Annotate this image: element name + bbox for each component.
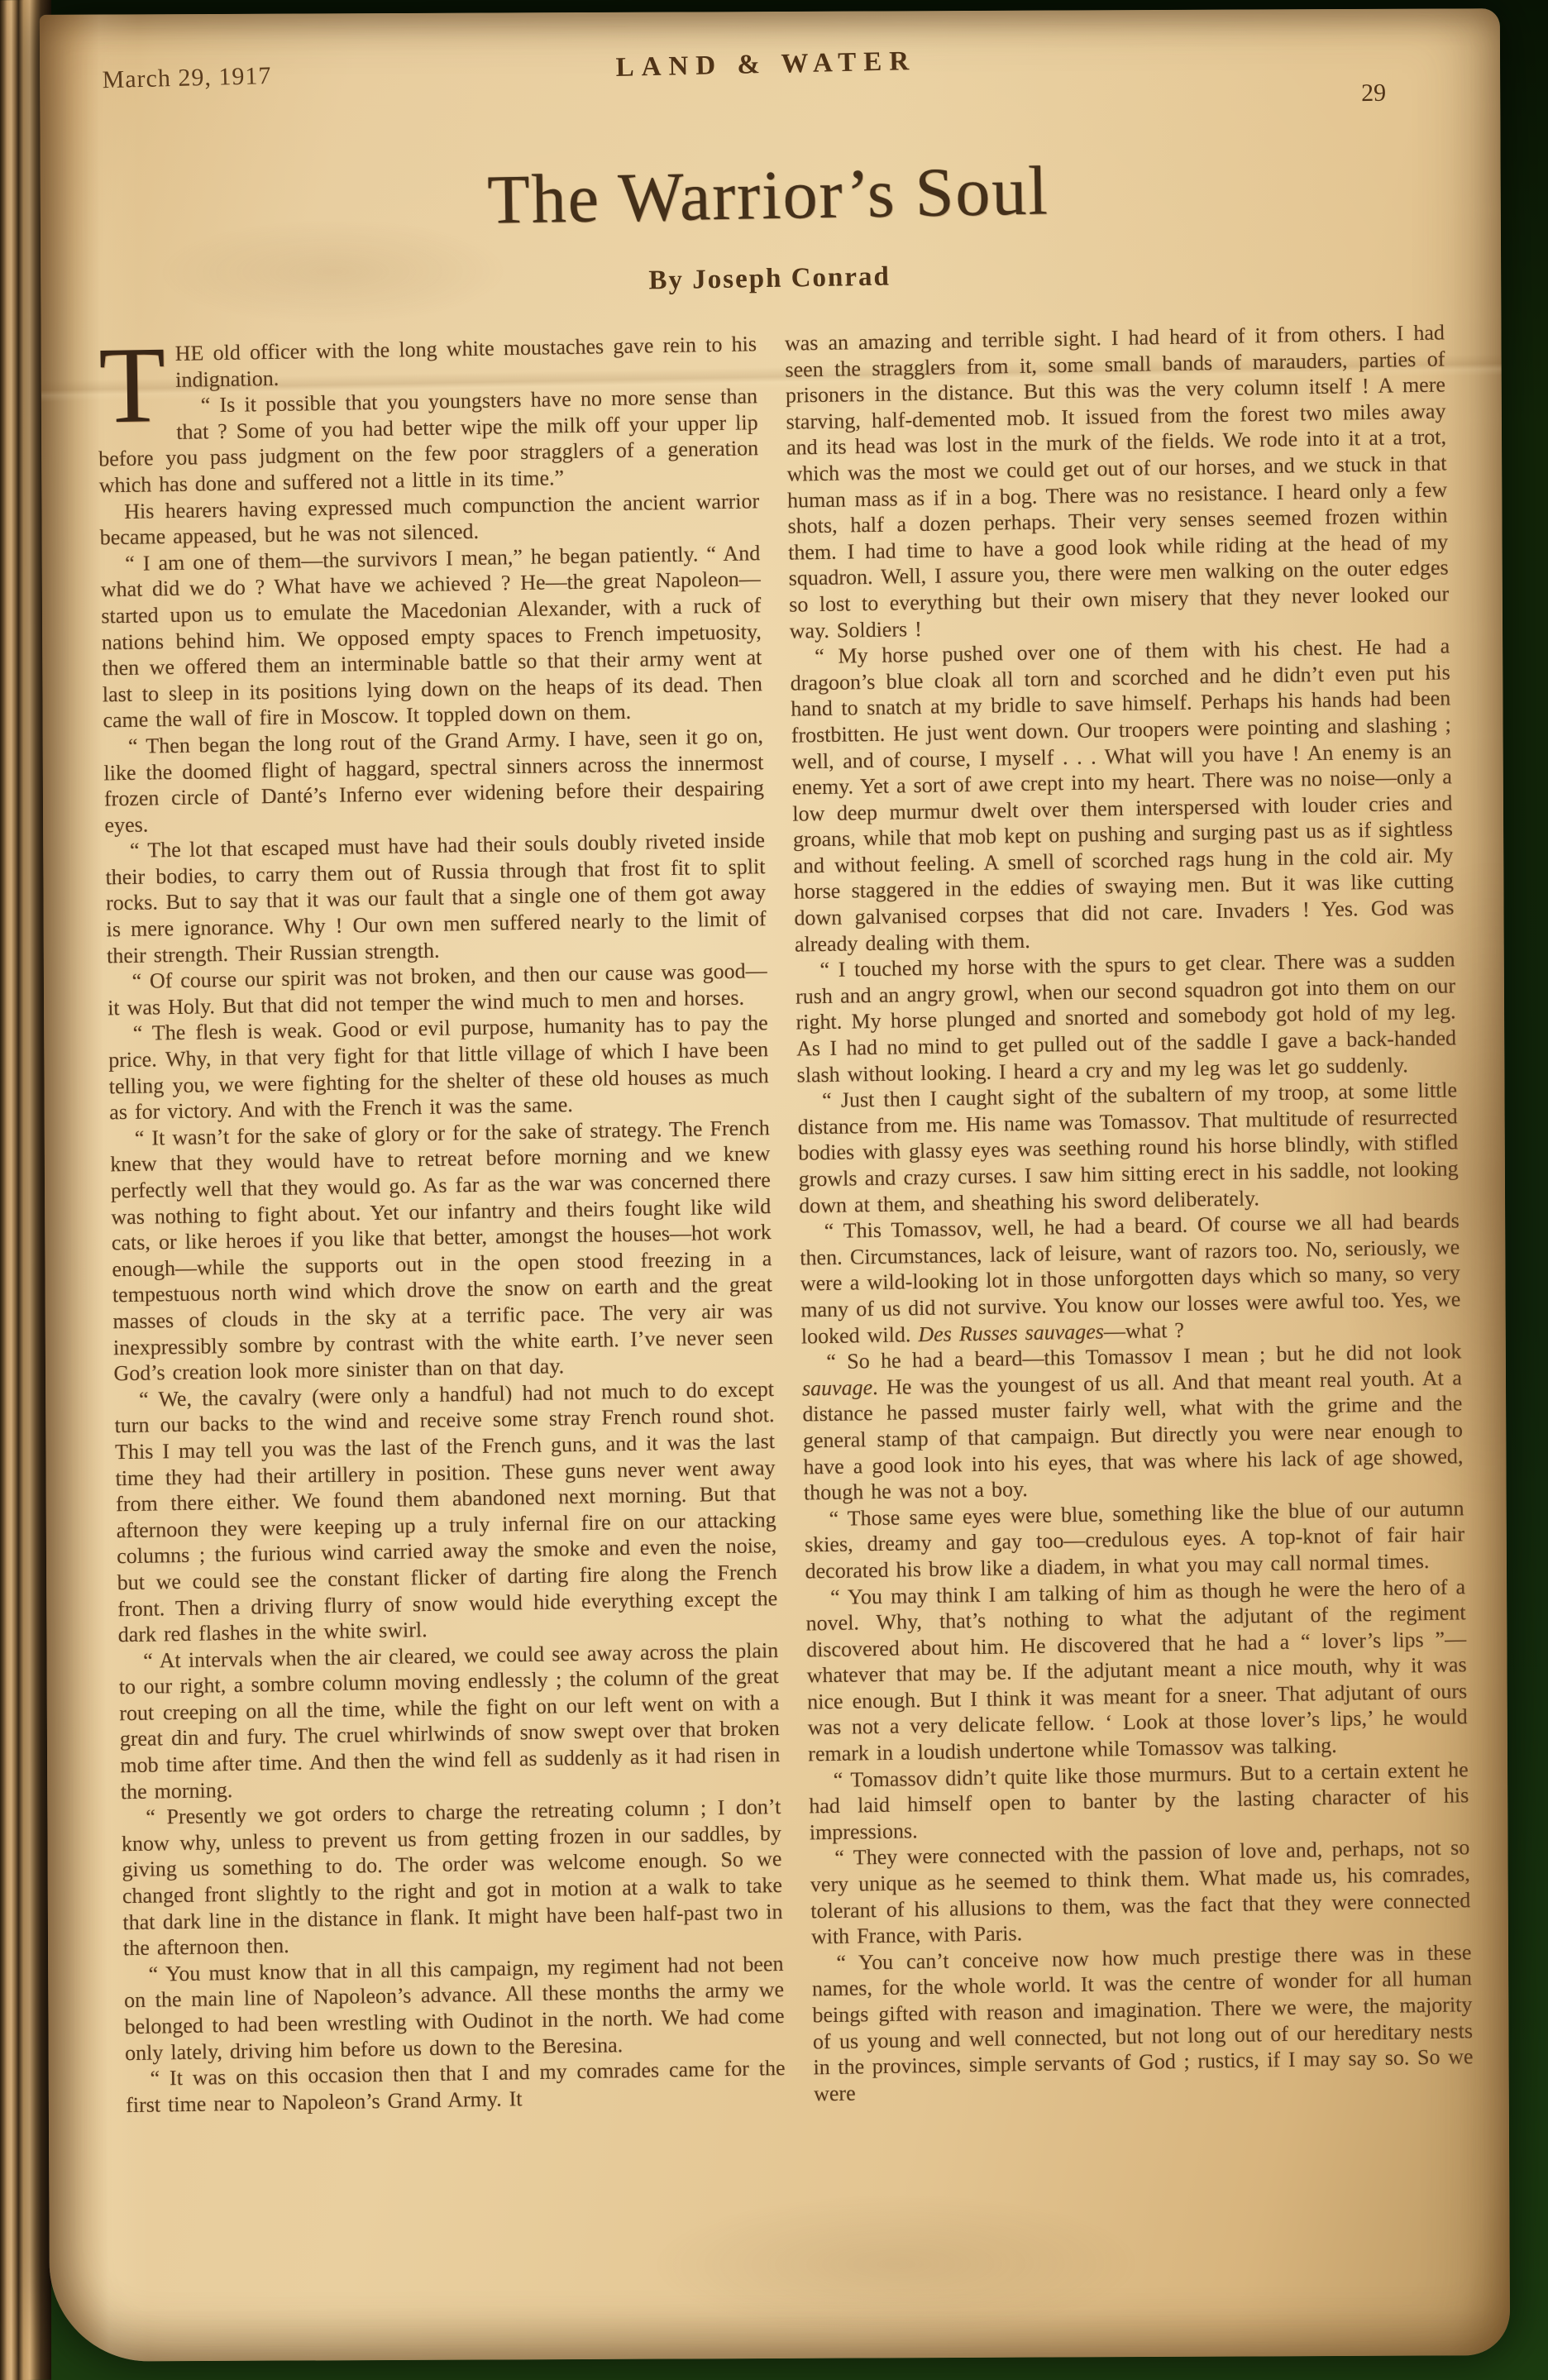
- paragraph: “ I touched my horse with the spurs to g…: [795, 947, 1457, 1088]
- paragraph: “ Just then I caught sight of the subalt…: [797, 1078, 1460, 1219]
- paragraph: “ The lot that escaped must have had the…: [105, 827, 767, 968]
- text-column-left: THE old officer with the long white mous…: [97, 331, 786, 2118]
- page-header: March 29, 1917 LAND & WATER 29: [92, 35, 1440, 133]
- article-body: THE old officer with the long white mous…: [97, 319, 1474, 2118]
- page-number: 29: [1361, 79, 1387, 108]
- paragraph: “ So he had a beard—this Tomassov I mean…: [801, 1338, 1464, 1506]
- article-byline: By Joseph Conrad: [95, 252, 1443, 305]
- publication-date: March 29, 1917: [102, 62, 272, 94]
- paragraph: “ You can’t conceive now how much presti…: [811, 1939, 1474, 2107]
- italic-phrase: sauvage: [802, 1375, 873, 1400]
- paragraph: “ This Tomassov, well, he had a beard. O…: [800, 1207, 1462, 1349]
- paragraph: “ Those same eyes were blue, something l…: [804, 1495, 1464, 1584]
- paragraph: “ We, the cavalry (were only a handful) …: [114, 1376, 778, 1648]
- article-title: The Warrior’s Soul: [93, 144, 1442, 246]
- paragraph: was an amazing and terrible sight. I had…: [785, 319, 1450, 643]
- drop-cap: T: [97, 341, 176, 427]
- paragraph: “ They were connected with the passion o…: [810, 1835, 1471, 1951]
- paragraph: “ Is it possible that you youngsters hav…: [98, 383, 759, 499]
- italic-phrase: Des Russes sauvages: [918, 1319, 1104, 1346]
- magazine-page: March 29, 1917 LAND & WATER 29 The Warri…: [40, 8, 1510, 2362]
- paragraph: “ It was on this occasion then that I an…: [125, 2055, 786, 2118]
- paragraph: “ At intervals when the air cleared, we …: [118, 1637, 781, 1805]
- paragraph: “ I am one of them—the survivors I mean,…: [100, 540, 763, 734]
- paragraph: “ The flesh is weak. Good or evil purpos…: [107, 1011, 769, 1126]
- paragraph: “ Tomassov didn’t quite like those murmu…: [809, 1756, 1469, 1846]
- paragraph: “ Presently we got orders to charge the …: [121, 1794, 783, 1962]
- paragraph: “ Then began the long rout of the Grand …: [103, 723, 765, 839]
- text-column-right: was an amazing and terrible sight. I had…: [785, 319, 1474, 2106]
- paragraph: “ You may think I am talking of him as t…: [805, 1574, 1469, 1767]
- paragraph: “ It wasn’t for the sake of glory or for…: [110, 1115, 774, 1387]
- paragraph: “ My horse pushed over one of them with …: [790, 633, 1455, 958]
- magazine-scan: March 29, 1917 LAND & WATER 29 The Warri…: [0, 0, 1548, 2380]
- page-content: March 29, 1917 LAND & WATER 29 The Warri…: [26, 0, 1522, 2120]
- masthead: LAND & WATER: [615, 46, 916, 84]
- paragraph: “ You must know that in all this campaig…: [123, 1951, 785, 2067]
